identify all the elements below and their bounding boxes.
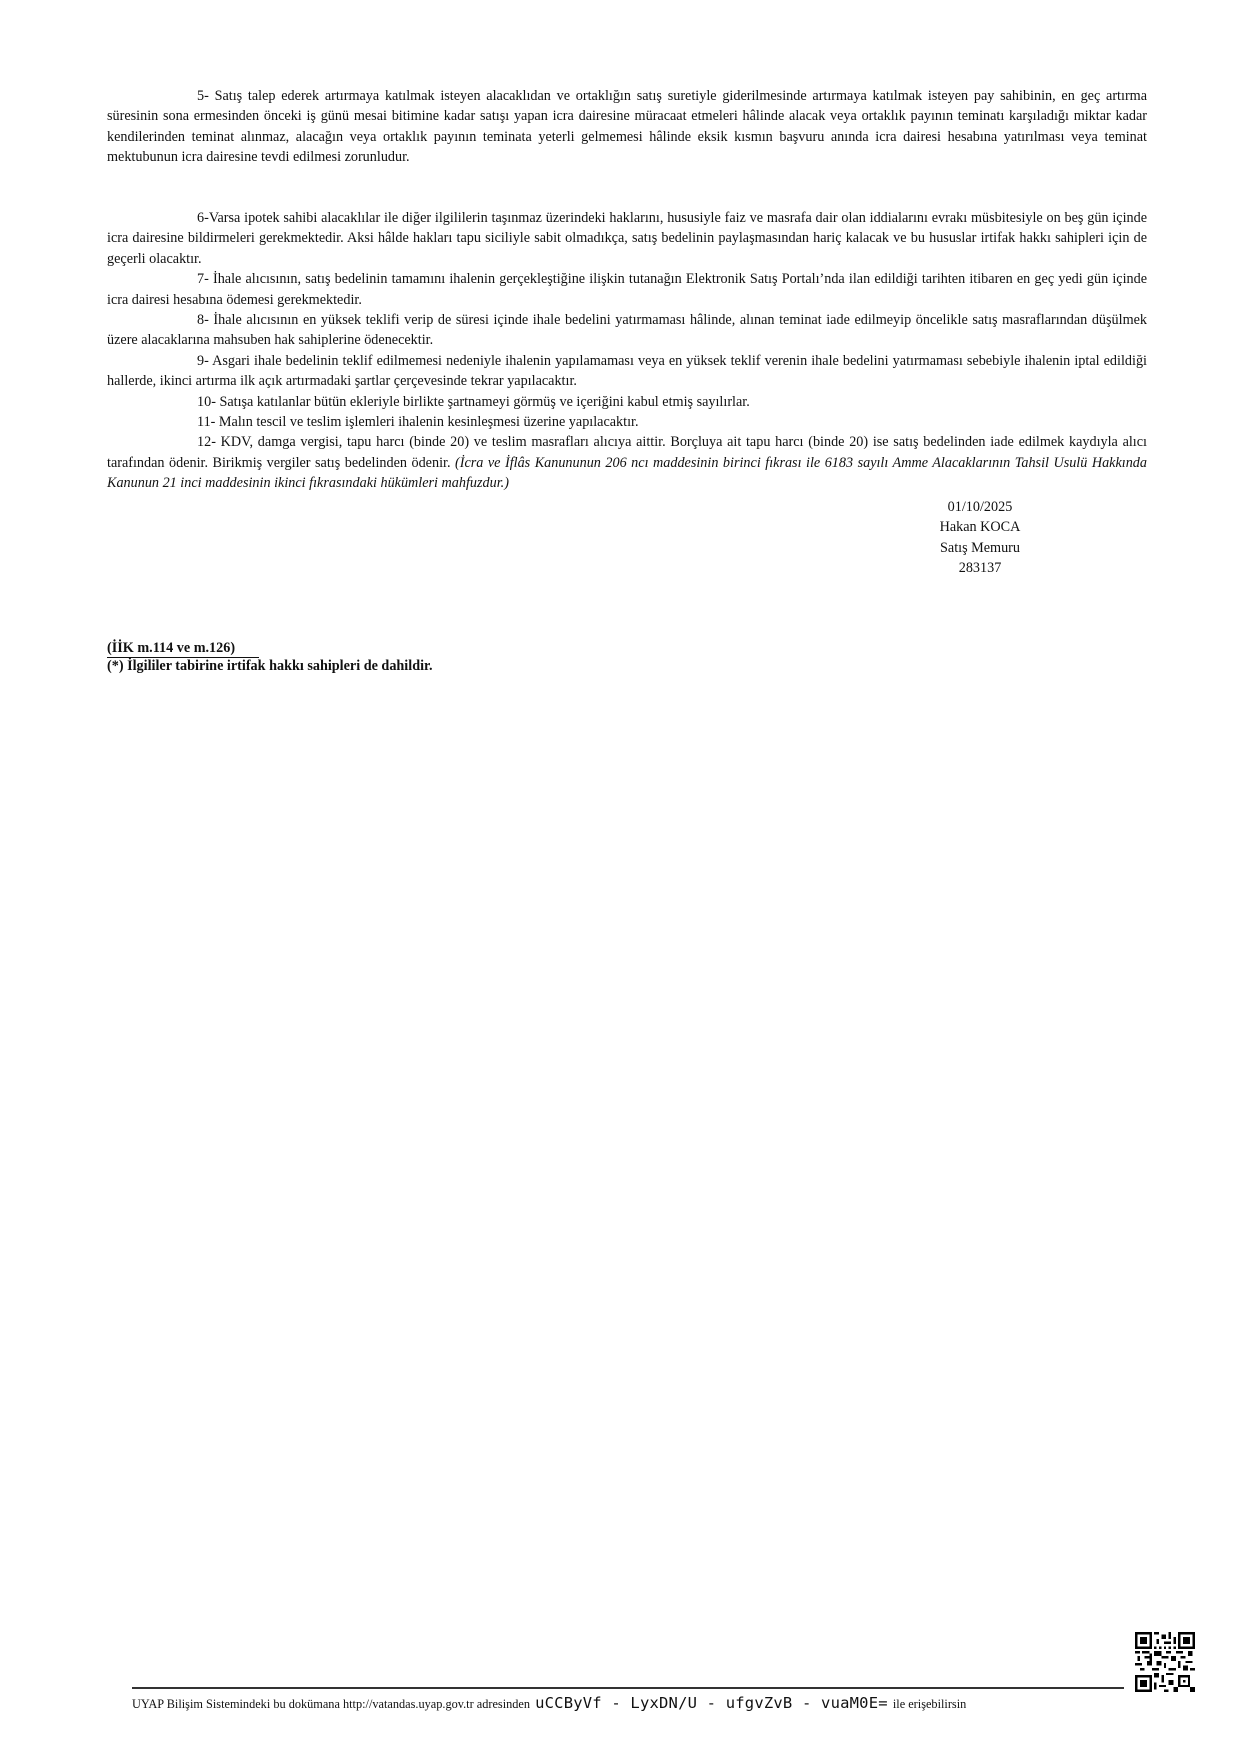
paragraph-block-6-12: 6-Varsa ipotek sahibi alacaklılar ile di… bbox=[107, 208, 1147, 494]
paragraph-12: 12- KDV, damga vergisi, tapu harcı (bind… bbox=[107, 432, 1147, 493]
paragraph-9: 9- Asgari ihale bedelinin teklif edilmem… bbox=[107, 351, 1147, 392]
footnote-separator bbox=[107, 657, 259, 658]
footer-suffix: ile erişebilirsin bbox=[893, 1697, 966, 1711]
document-page: 5- Satış talep ederek artırmaya katılmak… bbox=[0, 0, 1241, 1754]
footer-verification-text: UYAP Bilişim Sistemindeki bu dokümana ht… bbox=[132, 1693, 966, 1714]
paragraph-8: 8- İhale alıcısının en yüksek teklifi ve… bbox=[107, 310, 1147, 351]
paragraph-block-5: 5- Satış talep ederek artırmaya katılmak… bbox=[107, 86, 1147, 168]
paragraph-10: 10- Satışa katılanlar bütün ekleriyle bi… bbox=[107, 392, 1147, 412]
paragraph-7: 7- İhale alıcısının, satış bedelinin tam… bbox=[107, 269, 1147, 310]
verification-code: uCCByVf - LyxDN/U - ufgvZvB - vuaM0E= bbox=[533, 1694, 890, 1712]
signature-name: Hakan KOCA bbox=[880, 517, 1080, 537]
footer-separator bbox=[132, 1687, 1124, 1689]
paragraph-6: 6-Varsa ipotek sahibi alacaklılar ile di… bbox=[107, 208, 1147, 269]
law-reference: (İİK m.114 ve m.126) bbox=[107, 639, 433, 657]
signature-block: 01/10/2025 Hakan KOCA Satış Memuru 28313… bbox=[880, 497, 1080, 579]
footer-prefix: UYAP Bilişim Sistemindeki bu dokümana ht… bbox=[132, 1697, 530, 1711]
signature-date: 01/10/2025 bbox=[880, 497, 1080, 517]
qr-code-icon bbox=[1135, 1632, 1195, 1692]
signature-registry-no: 283137 bbox=[880, 558, 1080, 578]
footnote-note: (*) İlgililer tabirine irtifak hakkı sah… bbox=[107, 657, 433, 675]
paragraph-11: 11- Malın tescil ve teslim işlemleri iha… bbox=[107, 412, 1147, 432]
paragraph-5: 5- Satış talep ederek artırmaya katılmak… bbox=[107, 86, 1147, 168]
signature-title: Satış Memuru bbox=[880, 538, 1080, 558]
